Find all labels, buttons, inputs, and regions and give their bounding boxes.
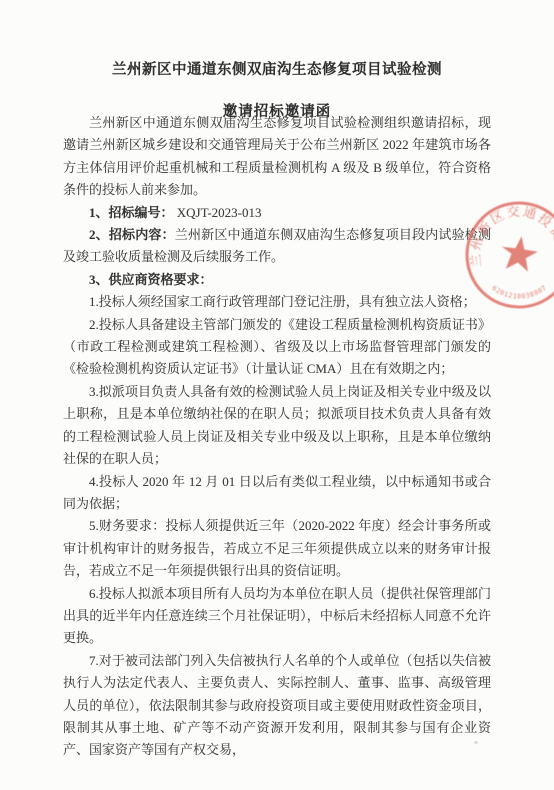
text-run: 5.财务要求：投标人须提供近三年（2020-2022 年度）经会计事务所或审计机… [63,518,491,578]
paragraph: 5.财务要求：投标人须提供近三年（2020-2022 年度）经会计事务所或审计机… [63,515,491,582]
text-run: 7.对于被司法部门列入失信被执行人名单的个人或单位（包括以失信被执行人为法定代表… [63,653,491,758]
paragraph: 3.拟派项目负责人具备有效的检测试验人员上岗证及相关专业中级及以上职称，且是本单… [63,381,491,471]
seal-serial-number: 6201210038807 [490,284,548,301]
scan-speck [474,741,478,744]
text-run: 3.拟派项目负责人具备有效的检测试验人员上岗证及相关专业中级及以上职称，且是本单… [63,384,491,466]
paragraph: 7.对于被司法部门列入失信被执行人名单的个人或单位（包括以失信被执行人为法定代表… [63,650,491,762]
paragraph: 6.投标人拟派本项目所有人员均为本单位在职人员（提供社保管理部门出具的近半年内任… [63,583,491,650]
text-run: 4.投标人 2020 年 12 月 01 日以后有类似工程业绩，以中标通知书或合… [63,474,491,511]
bold-run: 3、供应商资格要求： [89,272,213,287]
document-body: 兰州新区中通道东侧双庙沟生态修复项目试验检测组织邀请招标，现邀请兰州新区城乡建设… [63,112,491,762]
seal-star-icon [502,236,538,272]
paragraph: 2、招标内容：兰州新区中通道东侧双庙沟生态修复项目段内试验检测及竣工验收质量检测… [63,224,491,269]
bold-run: 2、招标内容： [89,227,175,242]
paragraph: 2.投标人具备建设主管部门颁发的《建设工程质量检测机构资质证书》（市政工程检测或… [63,314,491,381]
text-run: 6.投标人拟派本项目所有人员均为本单位在职人员（提供社保管理部门出具的近半年内任… [63,586,491,646]
text-run: 2.投标人具备建设主管部门颁发的《建设工程质量检测机构资质证书》（市政工程检测或… [63,317,491,377]
text-run: 兰州新区中通道东侧双庙沟生态修复项目试验检测组织邀请招标，现邀请兰州新区城乡建设… [63,115,491,197]
paragraph: 兰州新区中通道东侧双庙沟生态修复项目试验检测组织邀请招标，现邀请兰州新区城乡建设… [63,112,491,202]
text-run: 1.投标人须经国家工商行政管理部门登记注册，具有独立法人资格； [89,294,476,309]
paragraph: 4.投标人 2020 年 12 月 01 日以后有类似工程业绩，以中标通知书或合… [63,471,491,516]
paragraph: 3、供应商资格要求： [63,269,491,291]
document-title: 兰州新区中通道东侧双庙沟生态修复项目试验检测 [0,58,554,79]
text-run: XQJT-2023-013 [174,205,262,220]
document-page: 兰州新区中通道东侧双庙沟生态修复项目试验检测 邀请招标邀请函 兰州新区中通道东侧… [0,0,554,790]
paragraph: 1.投标人须经国家工商行政管理部门登记注册，具有独立法人资格； [63,291,491,313]
bold-run: 1、招标编号： [89,205,174,220]
paragraph: 1、招标编号： XQJT-2023-013 [63,202,491,224]
